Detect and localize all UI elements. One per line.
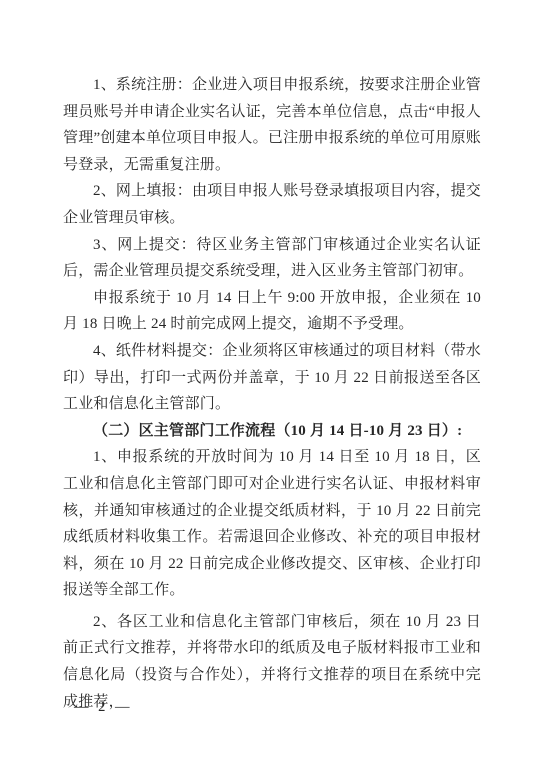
- paragraph-system-open-time-note: 申报系统于 10 月 14 日上午 9:00 开放申报，企业须在 10 月 18…: [63, 285, 481, 338]
- paragraph-step4-paper-material-submission: 4、纸件材料提交：企业须将区审核通过的项目材料（带水印）导出，打印一式两份并盖章…: [63, 338, 481, 418]
- paragraph-district-step1: 1、申报系统的开放时间为 10 月 14 日至 10 月 18 日，区工业和信息…: [63, 444, 481, 604]
- section-heading-district-authority-workflow: （二）区主管部门工作流程（10 月 14 日-10 月 23 日）:: [63, 418, 481, 445]
- document-body: 1、系统注册：企业进入项目申报系统，按要求注册企业管理员账号并申请企业实名认证，…: [63, 72, 481, 715]
- paragraph-step1-system-registration: 1、系统注册：企业进入项目申报系统，按要求注册企业管理员账号并申请企业实名认证，…: [63, 72, 481, 178]
- document-page: 1、系统注册：企业进入项目申报系统，按要求注册企业管理员账号并申请企业实名认证，…: [0, 0, 550, 778]
- page-number: — 2 —: [74, 699, 133, 716]
- paragraph-step2-online-filling: 2、网上填报：由项目申报人账号登录填报项目内容，提交企业管理员审核。: [63, 178, 481, 231]
- paragraph-step3-online-submission: 3、网上提交：待区业务主管部门审核通过企业实名认证后，需企业管理员提交系统受理，…: [63, 232, 481, 285]
